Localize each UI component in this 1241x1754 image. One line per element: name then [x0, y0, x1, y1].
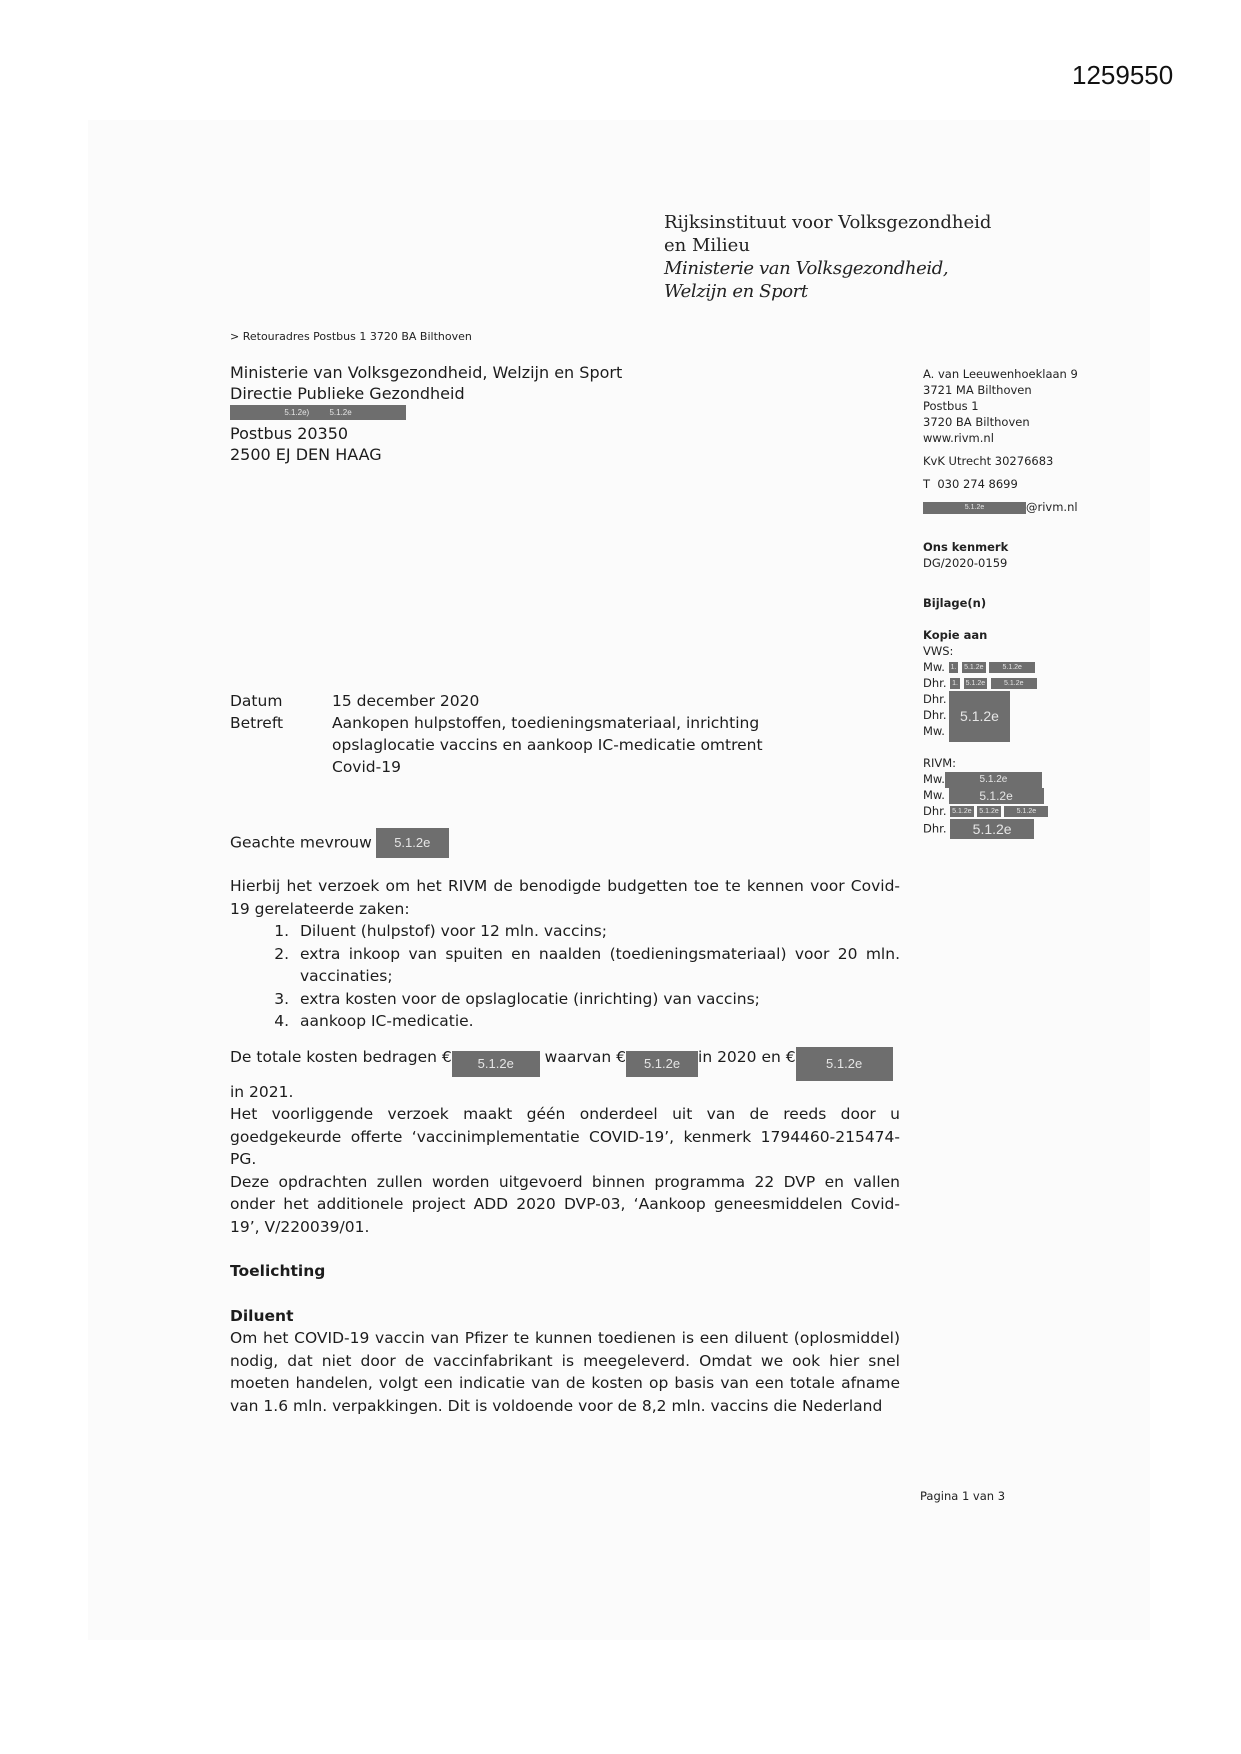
list-item: extra kosten voor de opslaglocatie (inri…: [294, 988, 900, 1011]
redaction-block: 5.1.2e: [962, 662, 985, 673]
letter-meta: Datum 15 december 2020 Betreft Aankopen …: [230, 690, 792, 778]
sender-website: www.rivm.nl: [923, 430, 1078, 446]
redaction-block: 5.1.2e: [991, 678, 1037, 689]
sender-address-line: 3720 BA Bilthoven: [923, 414, 1078, 430]
redaction-block: 5.1.2e: [796, 1047, 893, 1081]
sender-email: 5.1.2e@rivm.nl: [923, 499, 1078, 515]
toelichting-heading: Toelichting: [230, 1260, 900, 1283]
kopie-title: Dhr.: [923, 822, 946, 836]
redaction-block: 5.1.2e: [923, 502, 1026, 514]
kopie-block: Dhr. Dhr. Mw. 5.1.2e: [923, 691, 1078, 739]
kopie-row: Dhr. 5.1.2e 5.1.2e 5.1.2e: [923, 803, 1078, 819]
request-list: Diluent (hulpstof) voor 12 mln. vaccins;…: [230, 920, 900, 1033]
sender-kvk: KvK Utrecht 30276683: [923, 453, 1078, 469]
list-item: aankoop IC-medicatie.: [294, 1010, 900, 1033]
kopie-row: Mw. 1. 5.1.2e 5.1.2e: [923, 659, 1078, 675]
redaction-block: 5.1.2e: [376, 828, 449, 858]
betreft-label: Betreft: [230, 712, 332, 778]
kopie-title: Mw.: [923, 660, 945, 674]
sender-phone: T 030 274 8699: [923, 476, 1078, 492]
salutation: Geachte mevrouw5.1.2e: [230, 828, 449, 858]
redaction-block: 5.1.2e: [950, 806, 973, 817]
redaction-block: 5.1.2e) 5.1.2e: [230, 405, 406, 420]
costs-text: in 2021.: [230, 1083, 293, 1101]
email-domain: @rivm.nl: [1026, 500, 1078, 514]
sender-address-line: A. van Leeuwenhoeklaan 9: [923, 366, 1078, 382]
kopie-title: Mw.: [923, 772, 945, 786]
vws-label: VWS:: [923, 643, 1078, 659]
redaction-block: 5.1.2e: [1004, 806, 1048, 817]
recipient-line: 2500 EJ DEN HAAG: [230, 444, 622, 465]
redaction-block: 5.1.2e: [945, 772, 1042, 788]
document-number: 1259550: [1072, 60, 1173, 91]
costs-paragraph: De totale kosten bedragen €5.1.2e waarva…: [230, 1046, 900, 1104]
return-address: > Retouradres Postbus 1 3720 BA Bilthove…: [230, 330, 472, 343]
kopie-title: Dhr.: [923, 804, 946, 818]
bijlage-label: Bijlage(n): [923, 595, 1078, 611]
letterhead-line: Rijksinstituut voor Volksgezondheid: [664, 211, 991, 234]
intro-paragraph: Hierbij het verzoek om het RIVM de benod…: [230, 875, 900, 920]
diluent-heading: Diluent: [230, 1305, 900, 1328]
betreft-value: Aankopen hulpstoffen, toedieningsmateria…: [332, 712, 792, 778]
kopie-row: Dhr. 1. 5.1.2e 5.1.2e: [923, 675, 1078, 691]
redaction-block: 5.1.2e: [964, 678, 987, 689]
redaction-block: 5.1.2e: [989, 662, 1035, 673]
sender-sidebar: A. van Leeuwenhoeklaan 9 3721 MA Bilthov…: [923, 366, 1078, 835]
diluent-paragraph: Om het COVID-19 vaccin van Pfizer te kun…: [230, 1327, 900, 1417]
costs-text: De totale kosten bedragen €: [230, 1048, 452, 1066]
list-item: extra inkoop van spuiten en naalden (toe…: [294, 943, 900, 988]
letterhead: Rijksinstituut voor Volksgezondheid en M…: [664, 211, 991, 303]
list-item: Diluent (hulpstof) voor 12 mln. vaccins;: [294, 920, 900, 943]
datum-value: 15 december 2020: [332, 690, 792, 712]
redaction-block: 5.1.2e: [626, 1051, 698, 1077]
recipient-line: Directie Publieke Gezondheid: [230, 383, 622, 404]
page-number: Pagina 1 van 3: [920, 1489, 1005, 1503]
recipient-line: Postbus 20350: [230, 423, 622, 444]
redaction-block: 5.1.2e: [949, 788, 1044, 804]
redaction-block: 5.1.2e: [452, 1051, 540, 1077]
datum-label: Datum: [230, 690, 332, 712]
letterhead-line: en Milieu: [664, 234, 991, 257]
rivm-label: RIVM:: [923, 755, 1078, 771]
kopie-title: Dhr.: [923, 676, 946, 690]
recipient-line: Ministerie van Volksgezondheid, Welzijn …: [230, 362, 622, 383]
sender-address-line: 3721 MA Bilthoven: [923, 382, 1078, 398]
betreft-row: Betreft Aankopen hulpstoffen, toediening…: [230, 712, 792, 778]
letter-body: Hierbij het verzoek om het RIVM de benod…: [230, 875, 900, 1417]
ons-kenmerk-value: DG/2020-0159: [923, 555, 1078, 571]
letterhead-line: Ministerie van Volksgezondheid,: [664, 257, 991, 280]
paragraph: Het voorliggende verzoek maakt géén onde…: [230, 1103, 900, 1171]
paragraph: Deze opdrachten zullen worden uitgevoerd…: [230, 1171, 900, 1239]
kopie-title: Mw.: [923, 788, 945, 802]
letterhead-line: Welzijn en Sport: [664, 280, 991, 303]
costs-text: in 2020 en €: [698, 1048, 796, 1066]
redaction-block: 1.: [949, 662, 959, 673]
costs-text: waarvan €: [545, 1048, 626, 1066]
kopie-aan-label: Kopie aan: [923, 627, 1078, 643]
redaction-block: 5.1.2e: [950, 819, 1034, 839]
redaction-block: 5.1.2e: [977, 806, 1000, 817]
datum-row: Datum 15 december 2020: [230, 690, 792, 712]
recipient-address: Ministerie van Volksgezondheid, Welzijn …: [230, 362, 622, 465]
kopie-row: Mw. 5.1.2e: [923, 787, 1078, 803]
redaction-block: 5.1.2e: [949, 691, 1010, 742]
redaction-block: 1.: [950, 678, 960, 689]
sender-address-line: Postbus 1: [923, 398, 1078, 414]
ons-kenmerk-label: Ons kenmerk: [923, 539, 1078, 555]
kopie-row: Mw.5.1.2e: [923, 771, 1078, 787]
salutation-text: Geachte mevrouw: [230, 834, 372, 852]
kopie-row: Dhr. 5.1.2e: [923, 819, 1078, 835]
